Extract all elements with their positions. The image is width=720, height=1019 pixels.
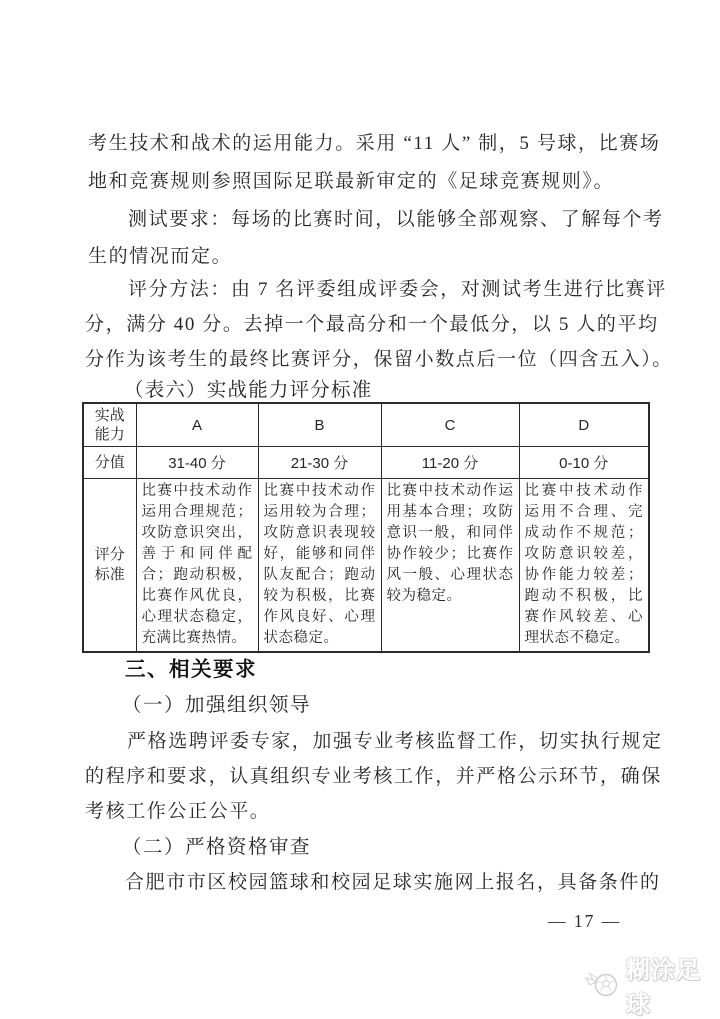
document-page: 考生技术和战术的运用能力。采用 “11 人” 制，5 号球，比赛场 地和竞赛规则…: [0, 0, 720, 1019]
criteria-cell-c: 比赛中技术动作运用基本合理；攻防意识一般，和同伴协作较少；比赛作风一般、心理状态…: [381, 479, 519, 653]
section-para1-line1: 严格选聘评委专家，加强专业考核监督工作，切实执行规定: [127, 726, 663, 753]
header-cell-a: A: [136, 403, 258, 447]
header-cell-c: C: [381, 403, 519, 447]
score-value-d: 0-10 分: [519, 447, 649, 479]
section-para2-line1: 合肥市市区校园篮球和校园足球实施网上报名，具备条件的: [125, 867, 661, 894]
body-line-4: 生的情况而定。: [88, 241, 232, 268]
table-header-row: 实战能力 A B C D: [83, 403, 649, 447]
criteria-row: 评分标准 比赛中技术动作运用合理规范；攻防意识突出，善于和同伴配合；跑动积极，比…: [83, 479, 649, 653]
criteria-cell-a: 比赛中技术动作运用合理规范；攻防意识突出，善于和同伴配合；跑动积极，比赛作风优良…: [136, 479, 258, 653]
score-value-b: 21-30 分: [258, 447, 381, 479]
body-line-6: 分，满分 40 分。去掉一个最高分和一个最低分，以 5 人的平均: [85, 309, 659, 336]
score-table: 实战能力 A B C D 分值 31-40 分 21-30 分 11-20 分 …: [82, 402, 650, 653]
table-caption: （表六）实战能力评分标准: [124, 374, 372, 402]
section-para1-line3: 考核工作公正公平。: [85, 796, 270, 823]
header-cell-ability: 实战能力: [83, 403, 136, 447]
score-value-c: 11-20 分: [381, 447, 519, 479]
score-value-row: 分值 31-40 分 21-30 分 11-20 分 0-10 分: [83, 447, 649, 479]
watermark: 糊涂足球: [584, 968, 720, 1002]
body-line-1: 考生技术和战术的运用能力。采用 “11 人” 制，5 号球，比赛场: [88, 128, 660, 155]
header-cell-d: D: [519, 403, 649, 447]
soccer-ball-icon: [584, 968, 620, 1003]
criteria-row-label: 评分标准: [83, 479, 136, 653]
watermark-text: 糊涂足球: [626, 950, 720, 1019]
body-line-5: 评分方法：由 7 名评委组成评委会，对测试考生进行比赛评: [128, 274, 667, 301]
body-line-2: 地和竞赛规则参照国际足联最新审定的《足球竞赛规则》。: [88, 166, 614, 193]
criteria-cell-d: 比赛中技术动作运用不合理、完成动作不规范；攻防意识较差，协作能力较差；跑动不积极…: [519, 479, 649, 653]
score-row-label: 分值: [83, 447, 136, 479]
criteria-cell-b: 比赛中技术动作运用较为合理；攻防意识表现较好，能够和同伴队友配合；跑动较为积极，…: [258, 479, 381, 653]
section-para1-line2: 的程序和要求，认真组织专业考核工作，并严格公示环节，确保: [85, 761, 662, 788]
body-line-3: 测试要求：每场的比赛时间，以能够全部观察、了解每个考: [128, 204, 664, 231]
subsection-1-heading: （一）加强组织领导: [122, 689, 311, 717]
header-cell-b: B: [258, 403, 381, 447]
score-value-a: 31-40 分: [136, 447, 258, 479]
page-number: — 17 —: [548, 911, 621, 932]
subsection-2-heading: （二）严格资格审查: [122, 831, 311, 859]
body-line-7: 分作为该考生的最终比赛评分，保留小数点后一位（四含五入）。: [85, 344, 673, 371]
section-heading: 三、相关要求: [125, 652, 257, 682]
